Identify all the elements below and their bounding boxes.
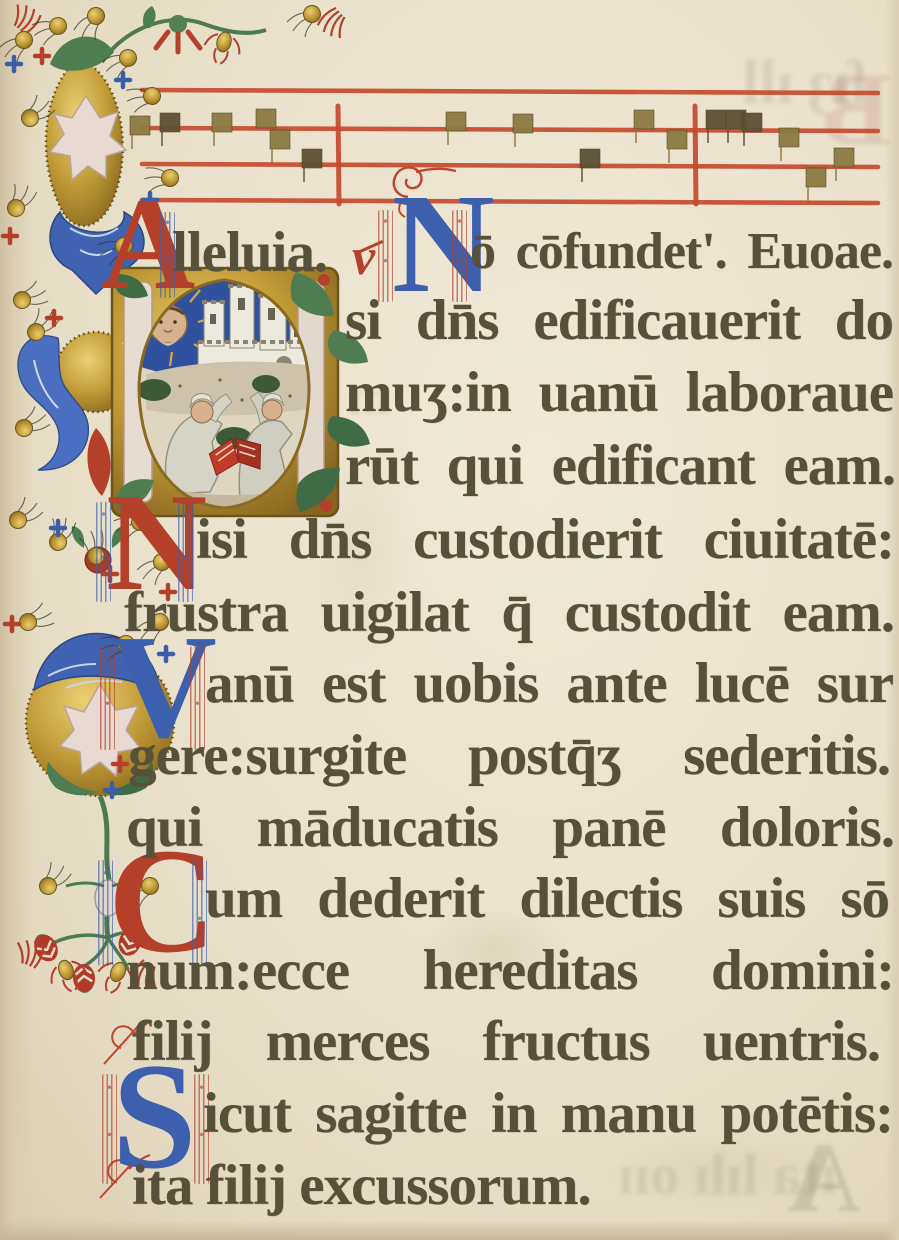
staff-line <box>142 128 878 131</box>
city-gate <box>276 356 292 384</box>
psalm-line: num:ecce hereditas domini: <box>126 942 894 999</box>
neume <box>256 109 276 128</box>
top-flower-spray <box>8 0 349 68</box>
bush <box>216 427 252 449</box>
psalm-line: filij merces fructus uentris. <box>132 1013 880 1070</box>
neume <box>446 112 466 131</box>
penwork-flourish <box>102 1074 117 1184</box>
psalm-line: um dederit dilectis suis sō <box>205 870 889 927</box>
neume <box>212 113 232 132</box>
neume <box>806 168 826 187</box>
manuscript-page: ſıȝ ıll B m l ıta lılı oıı A <box>0 0 899 1240</box>
penwork-flourish <box>98 860 113 966</box>
psalm-line: isi dn̄s custodierit ciuitatē: <box>196 511 894 568</box>
neume <box>667 130 687 149</box>
psalm-line: icut sagitte in manu potētis: <box>203 1085 893 1142</box>
neume <box>779 128 799 147</box>
versicle-mark: v <box>352 232 375 284</box>
psalm-line: frustra uigilat q̄ custodit eam. <box>124 584 894 641</box>
psalm-line: muʒ:in uanū laboraue <box>345 364 893 421</box>
neume <box>706 110 726 129</box>
alleluia-text: lleluia. <box>172 224 327 281</box>
neume <box>160 113 180 132</box>
walled-city <box>198 286 310 384</box>
rock-speckles <box>178 378 291 403</box>
neume <box>270 130 290 149</box>
neume <box>130 116 150 135</box>
open-red-book <box>208 435 264 476</box>
neume <box>513 114 533 133</box>
neume <box>302 149 322 168</box>
psalm-line: gere:surgite postq̄ʒ sederitis. <box>128 727 890 784</box>
penwork-flourish <box>100 646 115 750</box>
bush <box>137 379 171 401</box>
penwork-flourish <box>96 502 111 602</box>
staff-line <box>142 200 878 203</box>
staff-barline <box>695 106 696 204</box>
psalm-line: si dn̄s edificauerit do <box>345 292 893 349</box>
staff-barline <box>338 106 339 204</box>
staff-line <box>142 164 878 167</box>
page-bottom-shadow <box>0 1220 899 1240</box>
psalm-line: qui māducatis panē doloris. <box>126 799 894 856</box>
psalm-line: ita filij excussorum. <box>132 1157 672 1214</box>
neume <box>580 149 600 168</box>
neume <box>634 110 654 129</box>
psalm-line: anū est uobis ante lucē sur <box>205 655 893 712</box>
monk-right <box>239 392 292 498</box>
bush <box>252 375 280 393</box>
respond-text: ō cōfundet'. Euoae. <box>470 226 893 278</box>
rocky-hill <box>146 362 314 416</box>
psalm-line: rūt qui edificant eam. <box>345 437 895 494</box>
page-gutter-shadow <box>0 0 34 1240</box>
bleedthrough-initial: B <box>822 58 891 162</box>
